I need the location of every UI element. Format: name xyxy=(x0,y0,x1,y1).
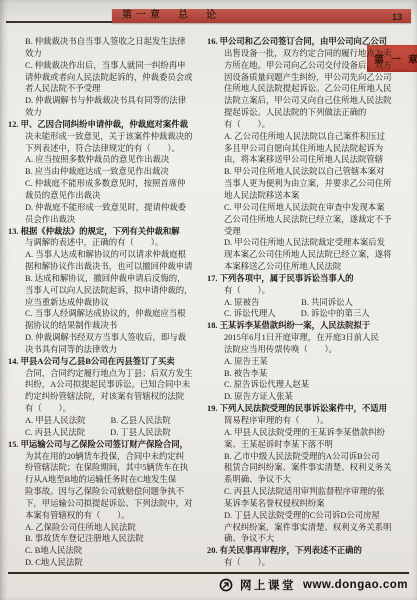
text-line: 因设备质量问题产生纠纷，甲公司先向乙公司 xyxy=(207,72,411,84)
text-line: A. 原告王某 xyxy=(207,356,411,368)
text-line: B. 达成和解协议，撤回仲裁申请后反悔的， xyxy=(8,273,201,285)
text-line: A. 甲县人民法院受理的王某诉李某借款纠纷 xyxy=(207,427,411,439)
text-line: 有（ ）。 xyxy=(8,403,201,415)
text-line: B. 被告李某 xyxy=(207,368,411,380)
text-line: 简易程序审理的有（ ）。 xyxy=(207,415,411,427)
question-line: 19. 下列人民法院受理的民事诉讼案件中，不适用 xyxy=(207,403,411,415)
right-column: 16. 甲公司和乙公司签订合同，由甲公司向乙公司出售设备一批，双方约定合同的履行… xyxy=(207,36,411,572)
text-line: 受理 xyxy=(207,226,411,238)
publisher-url: www.dongao.com xyxy=(303,579,408,591)
text-line: C. B地人民法院 xyxy=(8,545,201,557)
text-line: D. 丁县人民法院受理的C公司诉D公司房屋 xyxy=(207,510,411,522)
question-area: B. 仲裁裁决书自当事人签收之日起发生法律效力C. 仲裁裁决作出后，当事人就同一… xyxy=(8,36,411,572)
text-line: C. 甲公司住所地人民法院在审查中发现本案 xyxy=(207,202,411,214)
question-line: 18. 王某诉李某借款纠纷一案，人民法院拟于 xyxy=(207,320,411,332)
text-line: 由，将本案移送甲公司住所地人民法院管辖 xyxy=(207,154,411,166)
text-line: 住所地人民法院提起诉讼。乙公司住所地人民 xyxy=(207,83,411,95)
text-line: 请仲裁或者向人民法院起诉的，仲裁委员会或 xyxy=(8,72,201,84)
text-line: 系明确、争议不大 xyxy=(207,474,411,486)
text-line: D. 仲裁调解书与仲裁裁决书具有同等的法律 xyxy=(8,95,201,107)
text-line: C. 原告诉讼代理人赵某 xyxy=(207,379,411,391)
text-line: 纠纷，A公司拟提起民事诉讼。已知合同中未 xyxy=(8,379,201,391)
footer-rule xyxy=(8,572,409,574)
text-line: 行从A地至B地的运输任务时在C地发生保 xyxy=(8,474,201,486)
text-line: 险事故。因与乙保险公司就赔偿问题争执不 xyxy=(8,486,201,498)
text-line: 纷管辖法院；在保险期间，其中5辆货车在执 xyxy=(8,462,201,474)
text-line: 法院立案后，甲公司又向自己住所地人民法院 xyxy=(207,95,411,107)
text-line: B. 甲公司住所地人民法院以自己管辖本案对 xyxy=(207,166,411,178)
text-line: C. 丙县人民法院适用审判监督程序审理的张 xyxy=(207,486,411,498)
text-line: 与调解的表述中，正确的有（ ）。 xyxy=(8,237,201,249)
text-line: 某诉李某名誉权侵权纠纷案 xyxy=(207,498,411,510)
text-line: B. 仲裁裁决书自当事人签收之日起发生法律 xyxy=(8,36,201,48)
text-line: 多且甲公司自愿向其住所地人民法院起诉为 xyxy=(207,143,411,155)
publisher-brand-name: 网上课堂 xyxy=(240,577,296,593)
question-line: 15. 甲运输公司与乙保险公司签订财产保险合同， xyxy=(8,439,201,451)
question-line: 14. 甲县A公司与乙县B公司在丙县签订了买卖 xyxy=(8,356,201,368)
text-line: C. 仲裁庭不能形成多数意见时，按照首席仲 xyxy=(8,178,201,190)
text-line: 产权纠纷案，案件事实清楚、权利义务关系明 xyxy=(207,522,411,534)
text-line: A. 原被告 B. 共同诉讼人 xyxy=(207,297,411,309)
text-line: 员会作出裁决 xyxy=(8,214,201,226)
page-number: 13 xyxy=(392,11,402,23)
text-line: 效力 xyxy=(8,107,201,119)
text-line: C. 仲裁裁决作出后，当事人就同一纠纷再申 xyxy=(8,60,201,72)
text-line: 决书具有同等的法律效力 xyxy=(8,344,201,356)
text-line: 确、争议不大 xyxy=(207,533,411,545)
text-line: A. 乙保险公司住所地人民法院 xyxy=(8,522,201,534)
text-line: 效力 xyxy=(8,48,201,60)
text-line: 裁员的意见作出裁决 xyxy=(8,190,201,202)
text-line: 方所在地。甲公司向乙公司交付设备后，双方 xyxy=(207,60,411,72)
text-line: 下，甲运输公司拟提起诉讼、下列法院中，对 xyxy=(8,498,201,510)
text-line: A. 甲县人民法院 B. 乙县人民法院 xyxy=(8,415,201,427)
text-line: A. 乙公司住所地人民法院以自己案件积压过 xyxy=(207,131,411,143)
text-line: 租赁合同纠纷案、案件事实清楚、权利义务关 xyxy=(207,462,411,474)
text-line: A. 应当按照多数仲裁员的意见作出裁决 xyxy=(8,154,201,166)
text-line: 当事人可以向人民法院起诉，拟申请仲裁的， xyxy=(8,285,201,297)
text-line: 约定纠纷管辖法院，对该案有管辖权的法院 xyxy=(8,391,201,403)
chapter-title: 第一章 总 论 xyxy=(122,10,220,22)
question-line: 17. 下列各项中，属于民事诉讼当事人的 xyxy=(207,273,411,285)
text-line: 有（ ）。 xyxy=(207,119,411,131)
text-line: C. 当事人经调解达成协议的，仲裁庭应当根 xyxy=(8,308,201,320)
text-line: 据和解协议作出裁决书，也可以撤回仲裁申请 xyxy=(8,261,201,273)
text-line: 有（ ）。 xyxy=(207,557,411,569)
book-page: 第一章 总 论 13 第一章 B. 仲裁裁决书自当事人签收之日起发生法律效力C.… xyxy=(0,0,417,600)
question-line: 16. 甲公司和乙公司签订合同，由甲公司向乙公司 xyxy=(207,36,411,48)
text-line: D. 原告方证人张某 xyxy=(207,391,411,403)
text-line: 现本案乙公司住所地人民法院已经立案，遂将 xyxy=(207,249,411,261)
text-line: A. 当事人达成和解协议的可以请求仲裁庭根 xyxy=(8,249,201,261)
left-column: B. 仲裁裁决书自当事人签收之日起发生法律效力C. 仲裁裁决作出后，当事人就同一… xyxy=(8,36,201,572)
text-line: 地人民法院移送本案 xyxy=(207,190,411,202)
text-line: 决未能形成一致意见，关于该案件仲裁裁决的 xyxy=(8,131,201,143)
question-line: 12. 甲、乙因合同纠纷申请仲裁，仲裁庭对案件裁 xyxy=(8,119,201,131)
text-line: B. 乙市中级人民法院受理的A公司诉B公司 xyxy=(207,451,411,463)
text-line: 据协议的结果制作裁决书 xyxy=(8,320,201,332)
question-line: 20. 有关民事再审程序，下列表述不正确的 xyxy=(207,545,411,557)
text-line: C. 诉讼代理人 D. 诉讼中的第三人 xyxy=(207,308,411,320)
text-line: 应当重新达成仲裁协议 xyxy=(8,297,201,309)
chapter-title-bar: 第一章 总 论 13 xyxy=(112,9,411,23)
text-line: 提起诉讼。人民法院的下列做法正确的 xyxy=(207,107,411,119)
question-line: 13. 根据《仲裁法》的规定，下列有关仲裁和解 xyxy=(8,226,201,238)
text-line: B. 事故货车登记注册地人民法院 xyxy=(8,533,201,545)
text-line: 合同，合同约定履行地点为丁县；后双方发生 xyxy=(8,368,201,380)
text-line: 为其在用的20辆货车投保，合同中未约定纠 xyxy=(8,451,201,463)
dongao-arrow-circle-icon xyxy=(219,578,233,592)
publisher-logo: 网上课堂 www.dongao.com xyxy=(219,577,408,593)
text-line: 本案有管辖权的有（ ）。 xyxy=(8,510,201,522)
text-line: 乙公司住所地人民法院已经立案，遂裁定不予 xyxy=(207,214,411,226)
text-line: D. C地人民法院 xyxy=(8,557,201,569)
text-line: 出售设备一批，双方约定合同的履行地点为卖 xyxy=(207,48,411,60)
text-line: 2015年6月1日开庭审理，在开庭3日前人民 xyxy=(207,332,411,344)
text-line: 下列表述中，符合法律规定的有（ ）。 xyxy=(8,143,201,155)
text-line: 者人民法院不予受理 xyxy=(8,83,201,95)
text-line: 有（ ）。 xyxy=(207,285,411,297)
text-line: B. 应当由仲裁庭达成一致意见作出裁决 xyxy=(8,166,201,178)
text-line: D. 仲裁庭不能形成一致意见时，提请仲裁委 xyxy=(8,202,201,214)
text-line: D. 仲裁调解书经双方当事人签收后，即与裁 xyxy=(8,332,201,344)
text-line: 案、王某起诉时李某下落不明 xyxy=(207,439,411,451)
text-line: 法院应当用传票传唤（ ）。 xyxy=(207,344,411,356)
text-line: 当事人更为便利为由立案，并要求乙公司住所 xyxy=(207,178,411,190)
text-line: C. 丙县人民法院 D. 丁县人民法院 xyxy=(8,427,201,439)
text-line: D. 甲公司住所地人民法院裁定受理本案后发 xyxy=(207,237,411,249)
text-line: 本案移送乙公司住所地人民法院 xyxy=(207,261,411,273)
